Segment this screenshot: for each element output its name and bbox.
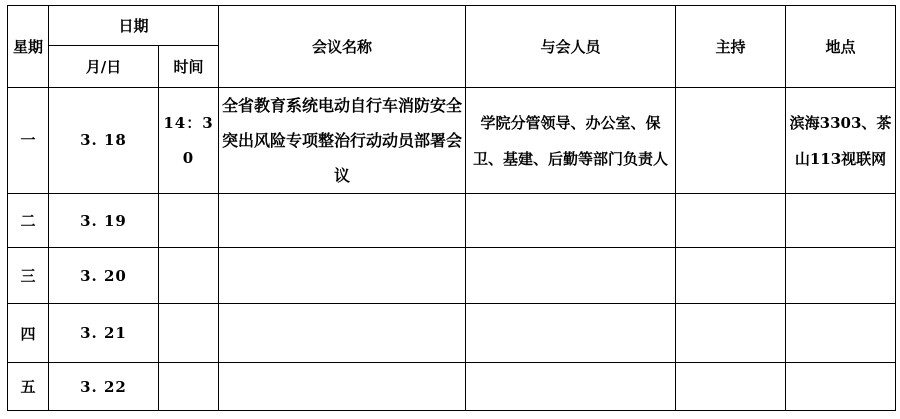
cell-attendees: 学院分管领导、办公室、保卫、基建、后勤等部门负责人: [466, 88, 676, 194]
cell-meeting-name: 全省教育系统电动自行车消防安全突出风险专项整治行动动员部署会议: [219, 88, 466, 194]
cell-host: [676, 304, 786, 363]
table-row-wednesday: 三 3. 20: [8, 248, 896, 304]
cell-host: [676, 194, 786, 248]
cell-meeting-name: [219, 304, 466, 363]
cell-meeting-name: [219, 363, 466, 411]
cell-attendees: [466, 363, 676, 411]
cell-time: [159, 248, 219, 304]
header-month-day: 月/日: [49, 46, 159, 88]
table-row-monday: 一 3. 18 14：30 全省教育系统电动自行车消防安全突出风险专项整治行动动…: [8, 88, 896, 194]
header-row-top: 星期 日期 会议名称 与会人员 主持 地点: [8, 6, 896, 46]
header-attendees: 与会人员: [466, 6, 676, 88]
table-row-friday: 五 3. 22: [8, 363, 896, 411]
cell-location: [786, 248, 896, 304]
cell-location: [786, 194, 896, 248]
cell-meeting-name: [219, 194, 466, 248]
cell-location: 滨海3303、茶山113视联网: [786, 88, 896, 194]
cell-time: 14：30: [159, 88, 219, 194]
cell-month-day: 3. 22: [49, 363, 159, 411]
cell-time: [159, 363, 219, 411]
header-date-group: 日期: [49, 6, 219, 46]
cell-weekday: 三: [8, 248, 49, 304]
cell-time: [159, 194, 219, 248]
cell-month-day: 3. 19: [49, 194, 159, 248]
cell-time: [159, 304, 219, 363]
cell-month-day: 3. 18: [49, 88, 159, 194]
cell-host: [676, 363, 786, 411]
cell-weekday: 五: [8, 363, 49, 411]
header-weekday: 星期: [8, 6, 49, 88]
header-time: 时间: [159, 46, 219, 88]
header-meeting-name: 会议名称: [219, 6, 466, 88]
cell-attendees: [466, 194, 676, 248]
table-row-thursday: 四 3. 21: [8, 304, 896, 363]
cell-weekday: 二: [8, 194, 49, 248]
cell-meeting-name: [219, 248, 466, 304]
cell-weekday: 四: [8, 304, 49, 363]
table-row-tuesday: 二 3. 19: [8, 194, 896, 248]
cell-location: [786, 363, 896, 411]
header-host: 主持: [676, 6, 786, 88]
cell-attendees: [466, 304, 676, 363]
meeting-schedule-table: 星期 日期 会议名称 与会人员 主持 地点 月/日 时间 一 3. 18 14：…: [7, 5, 896, 411]
cell-weekday: 一: [8, 88, 49, 194]
cell-host: [676, 248, 786, 304]
cell-attendees: [466, 248, 676, 304]
cell-month-day: 3. 20: [49, 248, 159, 304]
header-location: 地点: [786, 6, 896, 88]
cell-month-day: 3. 21: [49, 304, 159, 363]
cell-host: [676, 88, 786, 194]
cell-location: [786, 304, 896, 363]
